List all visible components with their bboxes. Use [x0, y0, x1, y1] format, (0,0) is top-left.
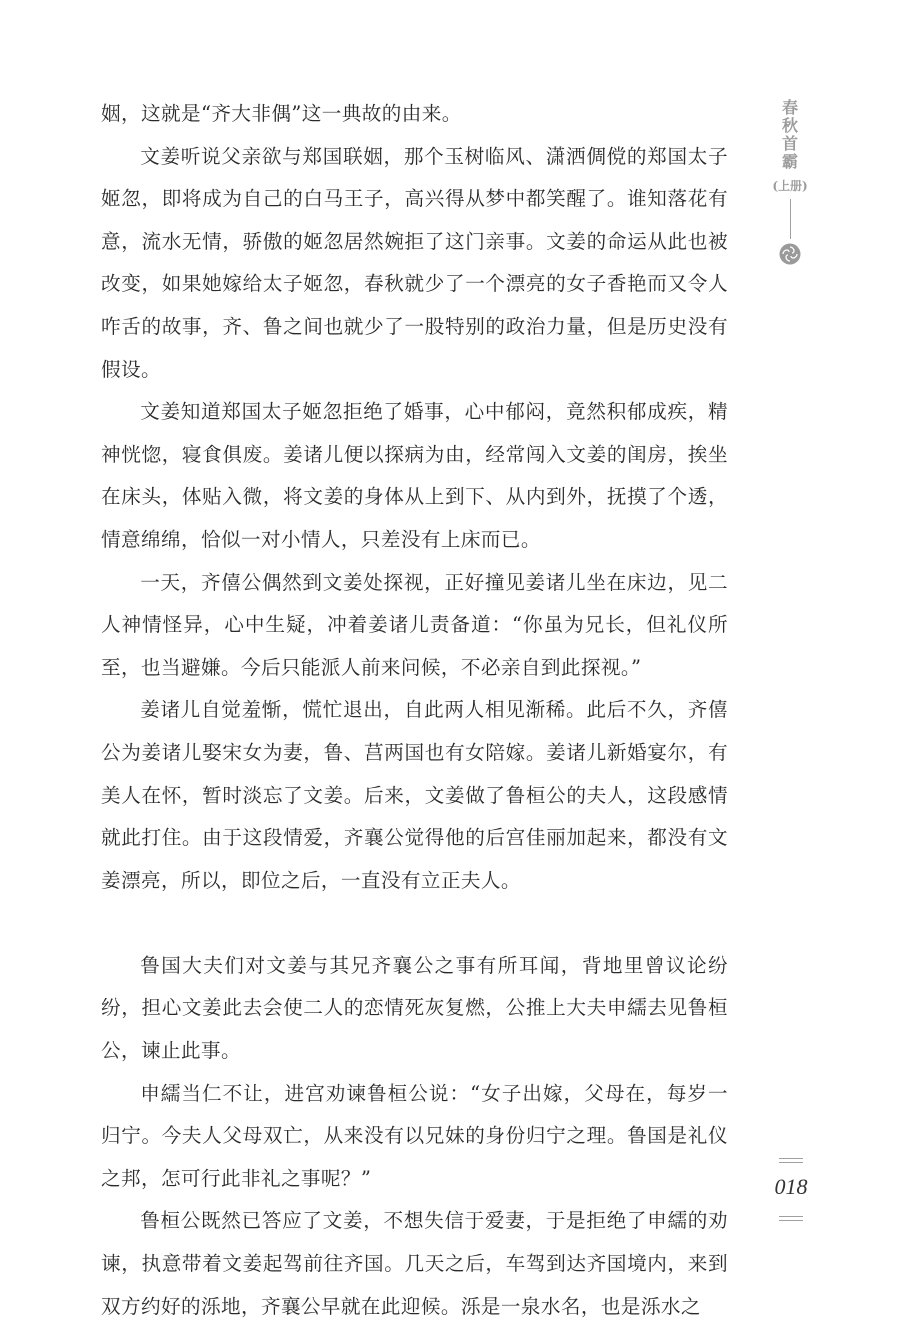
page-folio: 018 — [773, 1158, 809, 1221]
page-body-text: 姻，这就是“齐大非偶”这一典故的由来。 文姜听说父亲欲与郑国联姻，那个玉树临风、… — [101, 93, 728, 1328]
paragraph: 姜诸儿自觉羞惭，慌忙退出，自此两人相见渐稀。此后不久，齐僖公为姜诸儿娶宋女为妻，… — [101, 689, 728, 902]
swirl-medallion-icon — [779, 243, 801, 265]
title-char: 霸 — [782, 153, 798, 171]
volume-label: (上册) — [772, 177, 807, 195]
paragraph: 文姜知道郑国太子姬忽拒绝了婚事，心中郁闷，竟然积郁成疾，精神恍惚，寝食俱废。姜诸… — [101, 391, 728, 561]
paragraph: 申繻当仁不让，进宫劝谏鲁桓公说：“女子出嫁，父母在，每岁一归宁。今夫人父母双亡，… — [101, 1073, 728, 1201]
title-char: 首 — [782, 135, 798, 153]
running-book-title: 春 秋 首 霸 (上册) — [773, 99, 807, 265]
paragraph: 鲁国大夫们对文姜与其兄齐襄公之事有所耳闻，背地里曾议论纷纷，担心文姜此去会使二人… — [101, 945, 728, 1073]
divider-line — [790, 199, 791, 239]
page-number: 018 — [773, 1172, 809, 1202]
title-char: 秋 — [782, 117, 798, 135]
section-break — [101, 902, 728, 945]
paragraph: 鲁桓公既然已答应了文姜，不想失信于爱妻，于是拒绝了申繻的劝谏，执意带着文姜起驾前… — [101, 1200, 728, 1328]
paragraph: 文姜听说父亲欲与郑国联姻，那个玉树临风、潇洒倜傥的郑国太子姬忽，即将成为自己的白… — [101, 136, 728, 392]
folio-rule-top — [779, 1158, 803, 1163]
paragraph: 姻，这就是“齐大非偶”这一典故的由来。 — [101, 93, 728, 136]
folio-rule-bottom — [779, 1216, 803, 1221]
title-char: 春 — [782, 99, 798, 117]
paragraph: 一天，齐僖公偶然到文姜处探视，正好撞见姜诸儿坐在床边，见二人神情怪异，心中生疑，… — [101, 562, 728, 690]
